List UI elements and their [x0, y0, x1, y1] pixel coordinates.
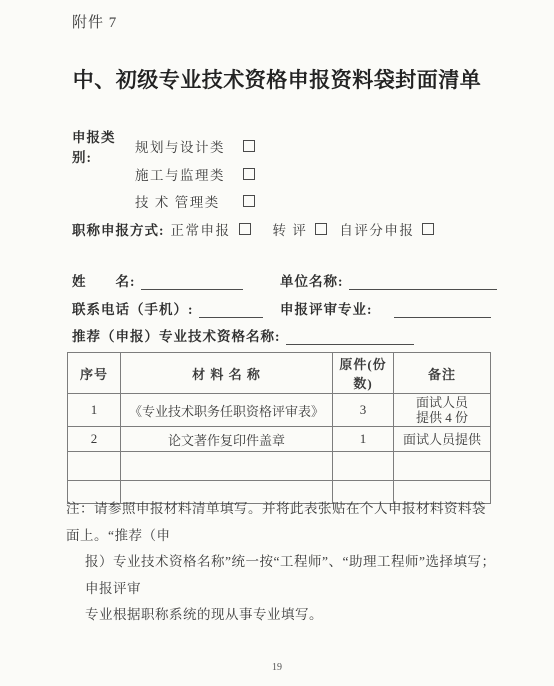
unit-name-input-line[interactable]: [349, 276, 497, 290]
document-page: 附件 7 中、初级专业技术资格申报资料袋封面清单 申报类别: 规划与设计类 施工…: [0, 0, 554, 686]
checkbox-planning-design[interactable]: [243, 140, 255, 152]
page-title: 中、初级专业技术资格申报资料袋封面清单: [0, 64, 554, 94]
cell-remark: 面试人员提供: [394, 427, 491, 452]
checkbox-normal-apply[interactable]: [239, 223, 251, 235]
table-row: 2 论文著作复印件盖章 1 面试人员提供: [68, 427, 491, 452]
cell-material-name: 《专业技术职务任职资格评审表》: [121, 394, 333, 427]
method-row: 职称申报方式: 正常申报 转 评 自评分申报: [72, 221, 434, 237]
checkbox-self-score-apply[interactable]: [422, 223, 434, 235]
header-serial-no: 序号: [68, 353, 121, 394]
footnote-line: 专业根据职称系统的现从事专业填写。: [66, 602, 496, 629]
cell-material-name: [121, 452, 333, 481]
cell-material-name: 论文著作复印件盖章: [121, 427, 333, 452]
category-row-construction: 施工与监理类: [72, 166, 434, 182]
field-unit: 单位名称:: [280, 270, 497, 290]
cell-original-count: 1: [333, 427, 394, 452]
header-remark: 备注: [394, 353, 491, 394]
option-label-construction-supervision: 施工与监理类: [135, 164, 243, 184]
field-recommend-qualification: 推荐（申报）专业技术资格名称:: [72, 325, 414, 345]
checkbox-transfer-review[interactable]: [315, 223, 327, 235]
category-row-planning: 申报类别: 规划与设计类: [72, 138, 434, 154]
option-label-transfer-review: 转 评: [273, 219, 308, 239]
option-label-technical-management: 技 术 管理类: [135, 191, 243, 211]
field-row-recommend: 推荐（申报）专业技术资格名称:: [72, 325, 487, 343]
attachment-label: 附件 7: [72, 11, 117, 32]
cell-remark: 面试人员 提供 4 份: [394, 394, 491, 427]
review-major-label: 申报评审专业:: [280, 302, 373, 317]
method-section-label: 职称申报方式:: [72, 219, 165, 239]
cell-serial-no: 2: [68, 427, 121, 452]
checkbox-technical-management[interactable]: [243, 195, 255, 207]
page-number: 19: [0, 662, 554, 673]
phone-label: 联系电话（手机）:: [72, 302, 194, 317]
table-header-row: 序号 材 料 名 称 原件(份数) 备注: [68, 353, 491, 394]
header-original-count: 原件(份数): [333, 353, 394, 394]
unit-name-label: 单位名称:: [280, 274, 344, 289]
category-row-technical: 技 术 管理类: [72, 193, 434, 209]
option-label-normal-apply: 正常申报: [171, 219, 231, 239]
field-phone: 联系电话（手机）:: [72, 298, 263, 318]
option-label-planning-design: 规划与设计类: [135, 136, 243, 156]
review-major-input-line[interactable]: [394, 304, 491, 318]
name-input-line[interactable]: [141, 276, 243, 290]
materials-table: 序号 材 料 名 称 原件(份数) 备注 1 《专业技术职务任职资格评审表》 3…: [67, 352, 491, 504]
table-row: 1 《专业技术职务任职资格评审表》 3 面试人员 提供 4 份: [68, 394, 491, 427]
option-label-self-score-apply: 自评分申报: [339, 219, 414, 239]
header-material-name: 材 料 名 称: [121, 353, 333, 394]
cell-remark: [394, 452, 491, 481]
footnote-line: 注：请参照申报材料清单填写。并将此表张贴在个人申报材料资料袋面上。“推荐（申: [66, 496, 496, 549]
recommend-qualification-label: 推荐（申报）专业技术资格名称:: [72, 329, 281, 344]
footnote-line: 报）专业技术资格名称”统一按“工程师”、“助理工程师”选择填写；申报评审: [66, 549, 496, 602]
field-row-phone-major: 联系电话（手机）: 申报评审专业:: [72, 298, 487, 316]
checkbox-construction-supervision[interactable]: [243, 168, 255, 180]
fields-section: 姓 名: 单位名称: 联系电话（手机）: 申报评审专业: 推荐（申报）专业技术资…: [72, 270, 487, 353]
field-review-major: 申报评审专业:: [280, 298, 491, 318]
footnote: 注：请参照申报材料清单填写。并将此表张贴在个人申报材料资料袋面上。“推荐（申 报…: [66, 496, 496, 629]
category-section-label: 申报类别:: [72, 126, 135, 166]
table-row: [68, 452, 491, 481]
cell-serial-no: [68, 452, 121, 481]
cell-original-count: 3: [333, 394, 394, 427]
field-row-name-unit: 姓 名: 单位名称:: [72, 270, 487, 288]
category-section: 申报类别: 规划与设计类 施工与监理类 技 术 管理类 职称申报方式: 正常申报…: [72, 138, 434, 248]
phone-input-line[interactable]: [199, 304, 263, 318]
name-label: 姓 名:: [72, 274, 136, 289]
cell-serial-no: 1: [68, 394, 121, 427]
recommend-qualification-input-line[interactable]: [286, 331, 414, 345]
cell-original-count: [333, 452, 394, 481]
field-name: 姓 名:: [72, 270, 243, 290]
